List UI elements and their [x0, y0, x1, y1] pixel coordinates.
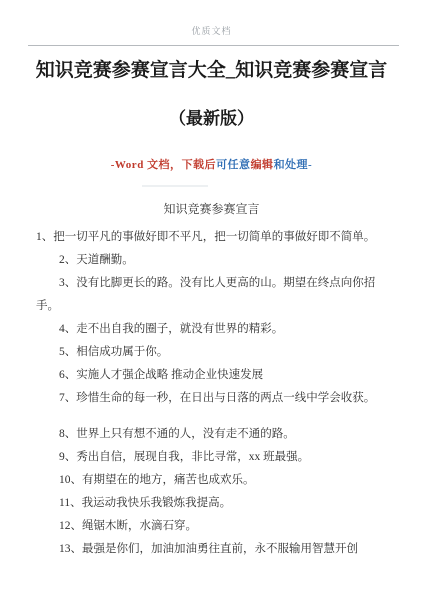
document-edition: （最新版）	[0, 104, 423, 129]
faint-divider	[142, 185, 208, 187]
document-body: 1、把一切平凡的事做好即不平凡，把一切简单的事做好即不简单。 2、天道酬勤。 3…	[36, 226, 397, 561]
doc-paragraph: 3、没有比脚更长的路。没有比人更高的山。期望在终点向你招手。	[36, 272, 397, 318]
editable-notice: -Word 文档，下载后可任意编辑和处理-	[0, 156, 423, 172]
notice-segment: -Word 文档，	[111, 159, 182, 171]
doc-paragraph: 7、珍惜生命的每一秒，在日出与日落的两点一线中学会收获。	[36, 387, 397, 410]
doc-paragraph: 11、我运动我快乐我锻炼我提高。	[36, 492, 397, 515]
notice-segment: 下载后	[182, 159, 217, 171]
document-page: 优质文档 知识竞赛参赛宣言大全_知识竞赛参赛宣言 （最新版） -Word 文档，…	[0, 0, 423, 600]
title-block: 知识竞赛参赛宣言大全_知识竞赛参赛宣言 （最新版）	[0, 58, 423, 129]
watermark-text: 优质文档	[0, 0, 423, 37]
header-divider	[28, 45, 399, 46]
doc-paragraph: 12、绳锯木断，水滴石穿。	[36, 515, 397, 538]
doc-paragraph: 6、实施人才强企战略 推动企业快速发展	[36, 364, 397, 387]
notice-segment: 编辑	[251, 159, 274, 171]
doc-paragraph: 5、相信成功属于你。	[36, 341, 397, 364]
doc-paragraph: 13、最强是你们，加油加油勇往直前，永不服输用智慧开创	[36, 538, 397, 561]
doc-paragraph: 1、把一切平凡的事做好即不平凡，把一切简单的事做好即不简单。	[36, 226, 397, 249]
notice-segment: 和处理-	[274, 159, 313, 171]
doc-paragraph: 2、天道酬勤。	[36, 249, 397, 272]
body-heading: 知识竞赛参赛宣言	[0, 200, 423, 217]
notice-segment: 可任意	[216, 159, 251, 171]
doc-paragraph: 4、走不出自我的圈子，就没有世界的精彩。	[36, 318, 397, 341]
document-title: 知识竞赛参赛宣言大全_知识竞赛参赛宣言	[0, 58, 423, 84]
doc-paragraph: 10、有期望在的地方，痛苦也成欢乐。	[36, 469, 397, 492]
doc-paragraph: 9、秀出自信，展现自我，非比寻常，xx 班最强。	[36, 446, 397, 469]
doc-paragraph: 8、世界上只有想不通的人，没有走不通的路。	[36, 423, 397, 446]
